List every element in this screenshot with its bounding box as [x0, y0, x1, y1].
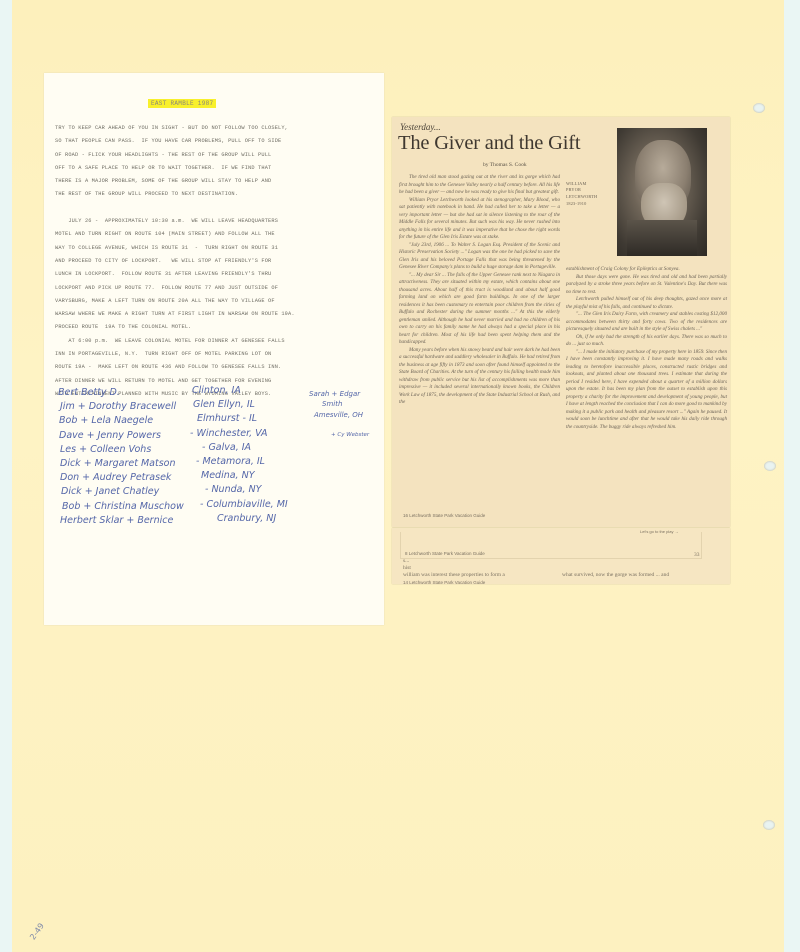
attendee-place: - Columbiaville, MI — [200, 499, 288, 510]
attendee-names: Dave + Jenny Powers — [59, 430, 161, 441]
clipping-footer: 16 Letchworth State Park Vacation Guide — [403, 513, 485, 518]
fragment-top-label: Let's go to the play → — [640, 529, 679, 534]
attendee-place: Medina, NY — [201, 470, 255, 481]
fragment-page-mark: 33 — [694, 552, 700, 558]
punch-hole — [764, 461, 776, 471]
article-paragraph: The tired old man stood gazing out at th… — [399, 174, 560, 197]
article-paragraph: Many years before when his snowy beard a… — [399, 347, 560, 407]
margin-note-names: Sarah + Edgar — [309, 390, 360, 398]
attendee-names: Dick + Margaret Matson — [60, 458, 175, 469]
attendee-place: - Nunda, NY — [205, 484, 261, 495]
attendee-place: Elmhurst - IL — [197, 413, 257, 424]
fragment-line: hist — [403, 565, 411, 571]
punch-hole — [753, 103, 765, 113]
article-paragraph: establishment of Craig Colony for Epilep… — [566, 266, 727, 274]
article-paragraph: Letchworth pulled himself out of his dee… — [566, 296, 727, 311]
fragment-header: 8 Letchworth State Park Vacation Guide — [405, 551, 485, 556]
attendee-place: Glen Ellyn, IL — [193, 399, 255, 410]
attendee-names: Herbert Sklar + Bernice — [60, 515, 173, 526]
fragment-line: william was interest these properties to… — [403, 572, 505, 578]
attendee-names: Dick + Janet Chatley — [61, 486, 159, 497]
attendee-names: Les + Colleen Vohs — [60, 444, 151, 455]
attendee-names: Bert Betty D. — [58, 387, 120, 398]
article-paragraph: Oh, if he only had the strength of his e… — [566, 334, 727, 349]
attendee-place: - Winchester, VA — [190, 428, 268, 439]
article-paragraph: But those days were gone. He was tired a… — [566, 274, 727, 297]
attendee-names: Jim + Dorothy Bracewell — [60, 401, 176, 412]
margin-note-extra: + Cy Webster — [331, 432, 369, 438]
attendee-names: Don + Audrey Petrasek — [60, 472, 171, 483]
fragment-line: s... — [403, 558, 409, 564]
margin-note-surname: Smith — [322, 400, 342, 408]
article-paragraph: "July 23rd, 1906 ... To Walter S. Logan … — [399, 242, 560, 272]
clipping-headline: The Giver and the Gift — [398, 132, 580, 155]
article-paragraph: William Pryor Letchworth looked at his s… — [399, 197, 560, 242]
attendee-names: Bob + Lela Naegele — [59, 415, 153, 426]
attendee-place: Cranbury, NJ — [217, 513, 276, 524]
clipping-kicker: Yesterday... — [400, 122, 441, 132]
attendee-place: - Galva, IA — [202, 442, 251, 453]
attendee-place: Clinton, IA — [192, 385, 241, 396]
clipping-byline: by Thomas S. Cook — [483, 162, 527, 168]
article-column-1: The tired old man stood gazing out at th… — [399, 174, 560, 407]
fragment-line: what survived, now the gorge was formed … — [562, 572, 669, 578]
article-paragraph: "... I made the initiatory purchase of m… — [566, 349, 727, 432]
article-paragraph: "... The Glen Iris Dairy Farm, with crea… — [566, 311, 727, 334]
portrait-photo — [617, 128, 707, 256]
photo-caption: WILLIAM PRYOR LETCHWORTH 1823-1910 — [566, 181, 597, 207]
punch-hole — [763, 820, 775, 830]
attendee-names: Bob + Christina Muschow — [62, 501, 184, 512]
margin-note-place: Amesville, OH — [314, 411, 363, 419]
article-column-2: establishment of Craig Colony for Epilep… — [566, 266, 727, 431]
fragment-footer: 14 Letchworth State Park Vacation Guide — [403, 580, 485, 585]
itinerary-body: TRY TO KEEP CAR AHEAD OF YOU IN SIGHT - … — [55, 122, 365, 401]
itinerary-title: EAST RAMBLE 1987 — [148, 99, 216, 108]
article-paragraph: "... My dear Sir ... The falls of the Up… — [399, 272, 560, 347]
attendee-place: - Metamora, IL — [196, 456, 265, 467]
